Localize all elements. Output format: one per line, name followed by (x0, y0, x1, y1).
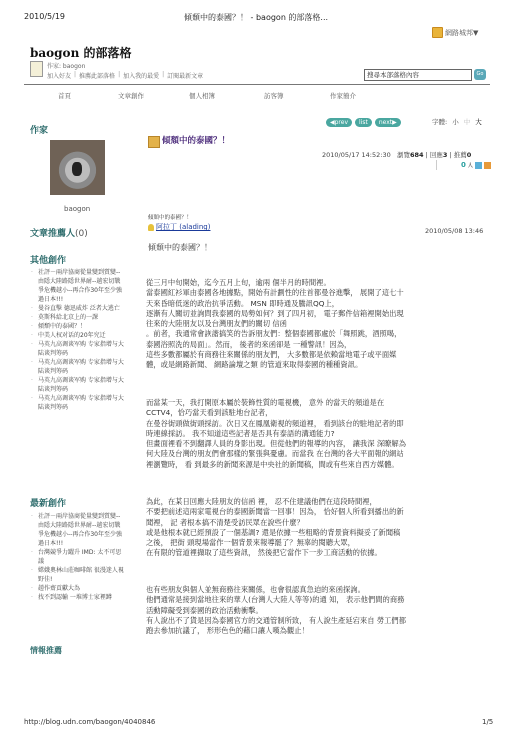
article-paragraph: 而當某一天，我打開原本屬於裝飾性質的電視機， 意外 的當天的頻道是在 CCTV4… (146, 398, 498, 470)
posted-time: 2010/05/17 14:52:30 (322, 151, 391, 159)
article-paragraph: 從三月中旬開始，迄今五月上旬，逾兩 個半月的時間裡。 當泰國紅衫軍由泰國各地據點… (146, 278, 498, 371)
city-menu-link[interactable]: 網路城邦▼ (432, 27, 478, 38)
nav-author-profile[interactable]: 作家簡介 (330, 91, 356, 100)
author-card-icon (30, 61, 43, 77)
text-line: 裡瀏覽時， 看 到最多的新聞來源是中央社的新聞稿，間或有些來自西方媒體。 (146, 460, 498, 470)
print-page-number: 1/5 (482, 718, 493, 726)
share-blue-icon[interactable] (475, 162, 482, 169)
add-favorite-link[interactable]: 加入我的最愛 (123, 71, 159, 80)
separator: | (74, 71, 76, 80)
text-line: 而當某一天，我打開原本屬於裝飾性質的電視機， 意外 的當天的頻道是在 (146, 398, 498, 408)
nav-home[interactable]: 首頁 (58, 91, 71, 100)
article-pager: ◀prev list next▶ (326, 118, 401, 127)
list-button[interactable]: list (355, 118, 372, 127)
text-line: 有人說出不了貨是因為泰國官方的交通管制所致， 有人說生產延宕來自 勞工們都 (146, 616, 498, 626)
text-line: CCTV4，恰巧當天看到該駐地台記者， (146, 408, 498, 418)
font-size-control: 字體: 小 中 大 (432, 117, 482, 126)
other-work-item[interactable]: 中美人权对话的20年究迁 (30, 331, 126, 340)
other-work-item[interactable]: 马英九高调谈军购 专家指增与大陆谈判筹码 (30, 340, 126, 358)
text-line: 時連線採訪。 我不知道這些記者是否具有泰語的溝通能力? (146, 429, 498, 439)
text-line: 從三月中旬開始，迄今五月上旬，逾兩 個半月的時間裡。 (146, 278, 498, 288)
share-orange-icon[interactable] (484, 162, 491, 169)
blog-title[interactable]: baogon 的部落格 (30, 44, 131, 61)
reprint-date: 2010/05/08 13:46 (425, 227, 483, 235)
author-label: 作家: baogon (47, 61, 85, 70)
text-line: 在有限的管道裡擷取了這些資訊， 然後把它當作下一步工商活動的依據。 (146, 548, 498, 558)
print-page-title: 傾頹中的泰國？！ - baogon 的部落格... (184, 12, 328, 23)
text-line: 他們通常是接到當地往來的華人(台灣人大陸人等等)的通 知， 表示他們間的商務 (146, 595, 498, 605)
nav-guestbook[interactable]: 訪客簿 (264, 91, 284, 100)
share-bar: 0人 (436, 160, 491, 170)
views-count: 684 (410, 151, 424, 159)
text-line: 也有些朋友與個人並無商務往來關係，也會很認真急迫的來函探詢。 (146, 585, 498, 595)
author-heading: 作家 (30, 123, 48, 136)
article-paragraph: 為此，在某日回應大陸朋友的信函 裡， 忍不住建議他們在這段時間裡， 不要把前述這… (146, 497, 498, 559)
share-count: 0 (461, 161, 466, 169)
text-line: 在曼谷街頭做街頭採訪。次日又在鳳凰衛視的頻道裡， 看到該台的駐地記者的即 (146, 419, 498, 429)
latest-work-item[interactable]: 嫦娥奧林山莊咖啡館 很漫迷人視野佳! (30, 566, 126, 584)
other-work-item[interactable]: 社評－兩岸協商從量變到質變--由隱大陸路隱世界耐--越宏切戰爭危機越小--再合作… (30, 268, 126, 304)
other-work-item[interactable]: 马英九高调谈军购 专家指增与大陆谈判筹码 (30, 394, 126, 412)
person-icon (148, 224, 154, 231)
nav-articles[interactable]: 文章創作 (118, 91, 144, 100)
text-line: 天來昏暗低迷的政治抗爭活動。 MSN 即時通及騰訊QQ上， (146, 299, 498, 309)
separator: | (162, 71, 164, 80)
font-size-medium[interactable]: 中 (464, 117, 471, 126)
text-line: 為此，在某日回應大陸朋友的信函 裡， 忍不住建議他們在這段時間裡， (146, 497, 498, 507)
latest-works-list: 社評－兩岸協商從量變到質變--由隱大陸路隱世界耐--越宏切戰爭危機越小--再合作… (30, 512, 126, 602)
other-works-list: 社評－兩岸協商從量變到質變--由隱大陸路隱世界耐--越宏切戰爭危機越小--再合作… (30, 268, 126, 412)
font-size-label: 字體: (432, 117, 447, 126)
recommenders-heading: 文章推薦人(0) (30, 226, 88, 239)
recommend-count: 0 (467, 151, 472, 159)
reprint-source-title: 傾頹中的泰國？！ (148, 213, 192, 221)
blog-search-input[interactable]: 搜尋本部落格內容 (364, 69, 472, 81)
text-line: 逐漸有人關切並詢問我泰國的局勢如何？到了四月初， 電子郵件信箱裡開始出現 (146, 309, 498, 319)
latest-works-heading: 最新創作 (30, 496, 66, 509)
text-line: 往來的大陸朋友以及台灣朋友們的關切 信函 (146, 319, 498, 329)
text-line: 之後， 把街 頭現場當作一個背景來報導罷了？無辜的閱聽大眾， (146, 538, 498, 548)
print-footer-url: http://blog.udn.com/baogon/4040846 (24, 718, 155, 726)
share-divider (436, 160, 437, 170)
latest-work-item[interactable]: 社評－兩岸協商從量變到質變--由隱大陸路隱世界耐--越宏切戰爭危機越小--再合作… (30, 512, 126, 548)
separator: | (118, 71, 120, 80)
article-title: 傾頹中的泰國？！ (162, 134, 230, 146)
intel-heading: 情報推薦 (30, 645, 62, 656)
emoticon-icon (148, 136, 160, 148)
nav-albums[interactable]: 個人相簿 (189, 91, 215, 100)
text-line: 體，或是網路新聞、 網路論壇之類 的管道來取得泰國的種種資訊。 (146, 360, 498, 370)
text-line: 但畫面裡看不到翻譯人員的身影出現。但從他們的報導的內容， 讓我深 深瞭解為 (146, 439, 498, 449)
text-line: 何大陸及台灣的朋友們會那樣的緊張與憂慮。而當我 在台灣的各大平面報的網站 (146, 449, 498, 459)
font-size-small[interactable]: 小 (452, 117, 459, 126)
nav-divider (24, 84, 490, 85)
other-work-item[interactable]: 马英九高调谈军购 专家指增与大陆谈判筹码 (30, 376, 126, 394)
views-label: 瀏覽 (397, 151, 410, 159)
text-line: 。前者，我通常會詼諧搞笑的告訴朋友們：整個泰國都處於「舞照跳，酒照喝， (146, 329, 498, 339)
article-meta: 2010/05/17 14:52:30 瀏覽684 | 回應3 | 推薦0 (322, 150, 471, 159)
author-links: 加入好友 | 推薦此部落格 | 加入我的最愛 | 訂閱最新文章 (47, 71, 203, 80)
text-line: 這些多數都屬於有商務往來關係的朋友們， 大多數都是依賴當地電子或平面媒 (146, 350, 498, 360)
avatar-detail (72, 162, 82, 176)
author-name[interactable]: baogon (64, 205, 90, 213)
other-works-heading: 其他創作 (30, 253, 66, 266)
other-work-item[interactable]: 马英九高调谈军购 专家指增与大陆谈判筹码 (30, 358, 126, 376)
latest-work-item[interactable]: 找不到認輸 一堆博士家裡蹲 (30, 593, 126, 602)
latest-work-item[interactable]: 台灣競爭力躍升 IMD: 太不可思議 (30, 548, 126, 566)
city-menu-label: 網路城邦▼ (445, 28, 478, 38)
print-date: 2010/5/19 (24, 12, 65, 21)
city-icon (432, 27, 443, 38)
share-unit: 人 (468, 162, 473, 169)
text-line: 跑去參加抗議了， 形形色色的藉口讓人嘆為觀止！ (146, 626, 498, 636)
text-line: 當泰國紅衫軍由泰國各地據點，開始有計劃性的往首都曼谷進擊， 展開了這七十 (146, 288, 498, 298)
font-size-large[interactable]: 大 (475, 117, 482, 126)
other-work-item[interactable]: 曼谷直擊 德迅威炸 泛者大逃亡 (30, 304, 126, 313)
text-line: 不要把前述這兩家電視台的泰國新聞當一回事！因為， 恰好個人所看到播出的新 (146, 507, 498, 517)
article-subtitle: 傾頹中的泰國？！ (148, 242, 212, 253)
article-paragraph: 也有些朋友與個人並無商務往來關係，也會很認真急迫的來函探詢。 他們通常是接到當地… (146, 585, 498, 636)
text-line: 或是他根本就已經預設了一個基調? 還是依據一些粗略的背景資料擬妥了新聞稿 (146, 528, 498, 538)
reprint-author-name: 阿拉丁 (alading) (156, 222, 210, 232)
text-line: 活動障礙受到泰國的政治活動衝擊。 (146, 606, 498, 616)
subscribe-link[interactable]: 訂閱最新文章 (167, 71, 203, 80)
reprint-author-link[interactable]: 阿拉丁 (alading) (148, 222, 210, 232)
latest-work-item[interactable]: 趙作齋貢獻大為 (30, 584, 126, 593)
text-line: 泰國浴照洗的局面」。然而， 後者的來函卻是 一種警訊！因為， (146, 340, 498, 350)
next-button[interactable]: next▶ (375, 118, 401, 127)
replies-label[interactable]: 回應 (430, 151, 443, 159)
add-friend-link[interactable]: 加入好友 (47, 71, 71, 80)
other-work-item[interactable]: 傾頹中的泰國？！ (30, 322, 126, 331)
replies-count: 3 (443, 151, 448, 159)
recommenders-label: 文章推薦人 (30, 229, 75, 239)
prev-button[interactable]: ◀prev (326, 118, 352, 127)
search-go-button[interactable]: Go (474, 69, 486, 80)
text-line: 聞裡， 記 者根本搞不清楚受訪民眾在說些什麼？ (146, 518, 498, 528)
recommenders-count: (0) (75, 229, 88, 239)
recommend-blog-link[interactable]: 推薦此部落格 (79, 71, 115, 80)
other-work-item[interactable]: 莫斯科給北京上的一課 (30, 313, 126, 322)
recommend-label[interactable]: 推薦 (454, 151, 467, 159)
